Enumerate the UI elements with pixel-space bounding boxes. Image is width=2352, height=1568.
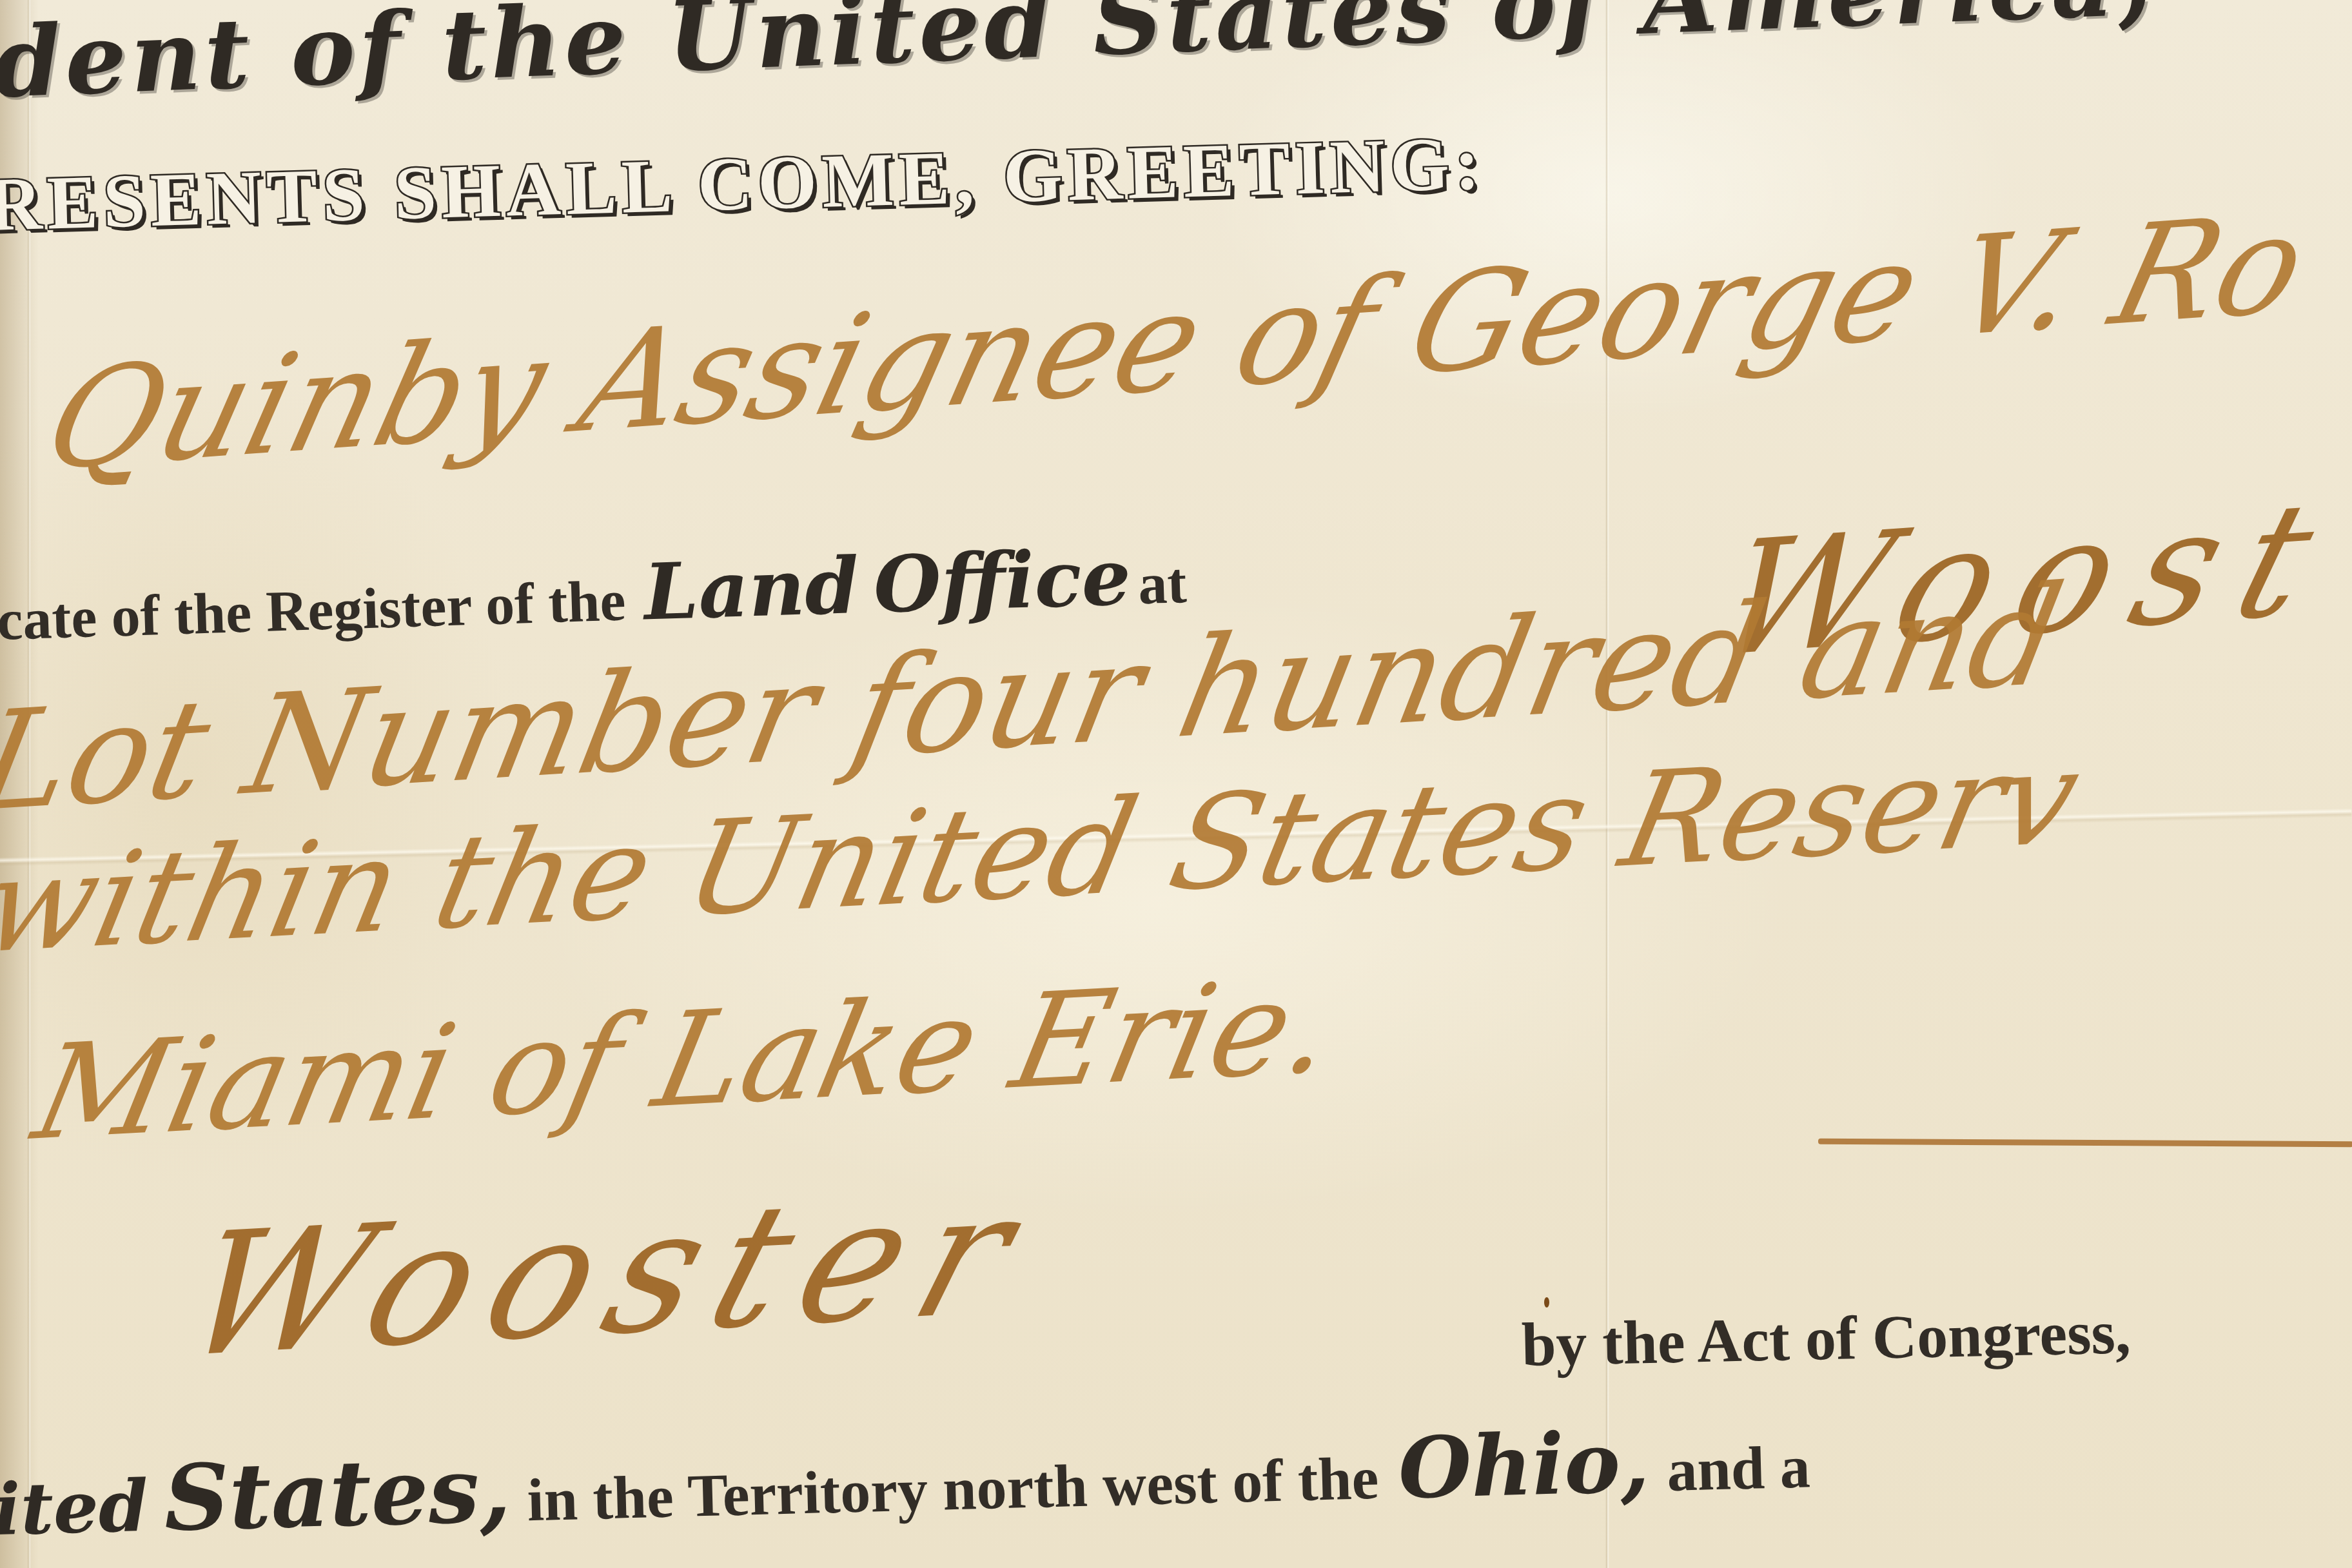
printed-register-prefix: cate of the Register of the	[0, 569, 627, 652]
printed-states-word: States,	[162, 1437, 512, 1552]
printed-territory-text: in the Territory north west of the	[526, 1445, 1379, 1534]
printed-ited-fragment: ited	[0, 1464, 149, 1551]
printed-and-fragment: and a	[1666, 1433, 1811, 1504]
printed-act-of-congress: by the Act of Congress,	[1521, 1296, 2131, 1380]
printed-at-word: at	[1137, 551, 1188, 616]
printed-land-word: Land	[643, 540, 861, 638]
printed-ohio-word: Ohio,	[1397, 1413, 1651, 1518]
ink-spot	[1544, 1297, 1549, 1308]
